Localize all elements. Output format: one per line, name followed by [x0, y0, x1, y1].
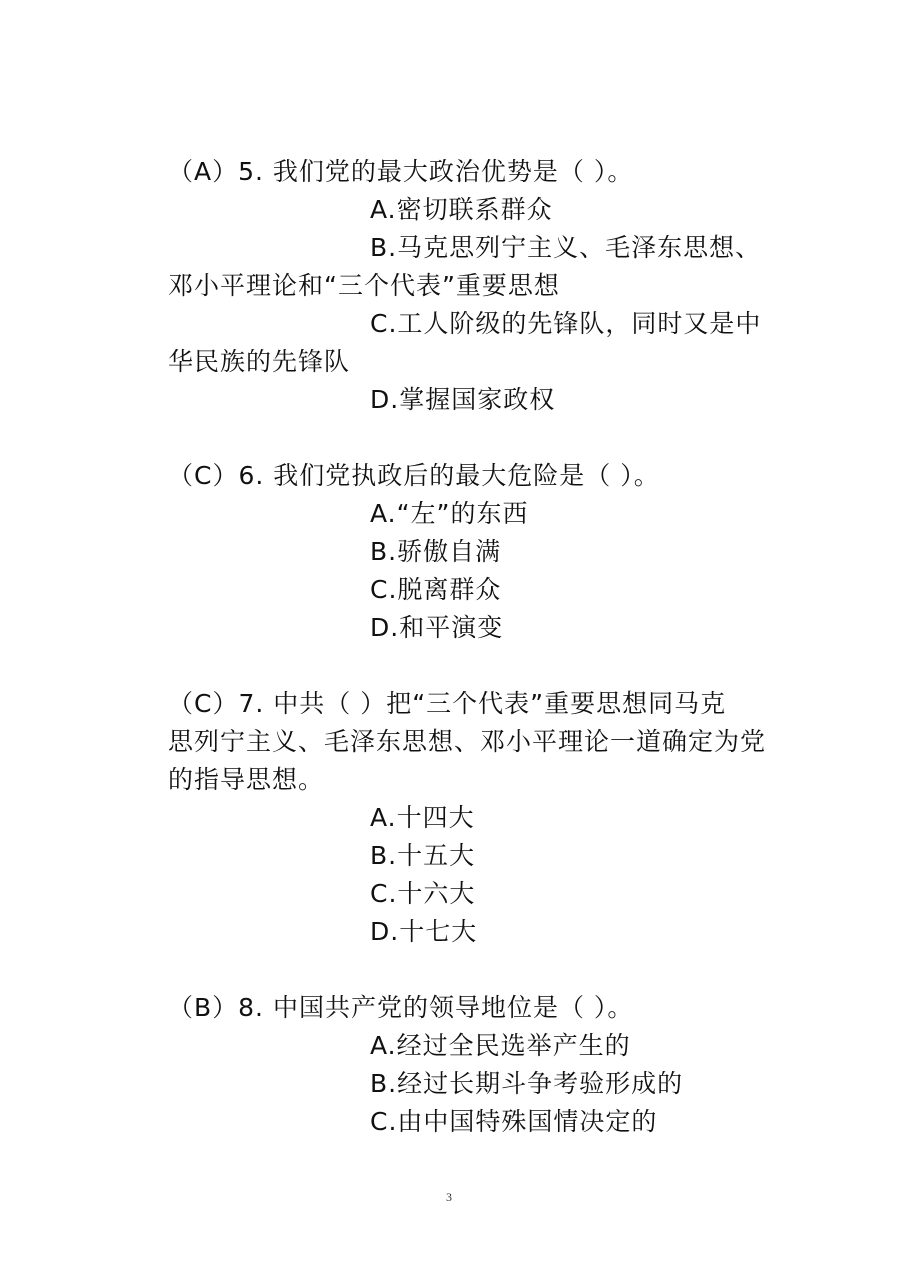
- option-c: C.脱离群众: [370, 574, 501, 606]
- option-a: A.“左”的东西: [370, 498, 529, 530]
- option-b: B.骄傲自满: [370, 536, 501, 568]
- option-d: D.掌握国家政权: [370, 384, 555, 416]
- option-d: D.十七大: [370, 916, 477, 948]
- page-number: 3: [446, 1190, 452, 1205]
- question-stem-continued: 的指导思想。: [168, 764, 324, 796]
- option-b-continued: 邓小平理论和“三个代表”重要思想: [168, 270, 560, 302]
- option-b: B.经过长期斗争考验形成的: [370, 1068, 683, 1100]
- option-c: C.工人阶级的先锋队，同时又是中: [370, 308, 761, 340]
- option-b: B.马克思列宁主义、毛泽东思想、: [370, 232, 761, 264]
- question-stem: （A）5. 我们党的最大政治优势是（ ）。: [168, 156, 633, 188]
- option-c: C.由中国特殊国情决定的: [370, 1106, 657, 1138]
- option-c-continued: 华民族的先锋队: [168, 346, 350, 378]
- option-d: D.和平演变: [370, 612, 503, 644]
- question-stem: （B）8. 中国共产党的领导地位是（ ）。: [168, 992, 633, 1024]
- option-a: A.密切联系群众: [370, 194, 553, 226]
- option-a: A.十四大: [370, 802, 475, 834]
- question-stem: （C）6. 我们党执政后的最大危险是（ ）。: [168, 460, 660, 492]
- option-b: B.十五大: [370, 840, 475, 872]
- option-c: C.十六大: [370, 878, 475, 910]
- question-stem-continued: 思列宁主义、毛泽东思想、邓小平理论一道确定为党: [168, 726, 766, 758]
- option-a: A.经过全民选举产生的: [370, 1030, 631, 1062]
- question-stem: （C）7. 中共（ ）把“三个代表”重要思想同马克: [168, 688, 726, 720]
